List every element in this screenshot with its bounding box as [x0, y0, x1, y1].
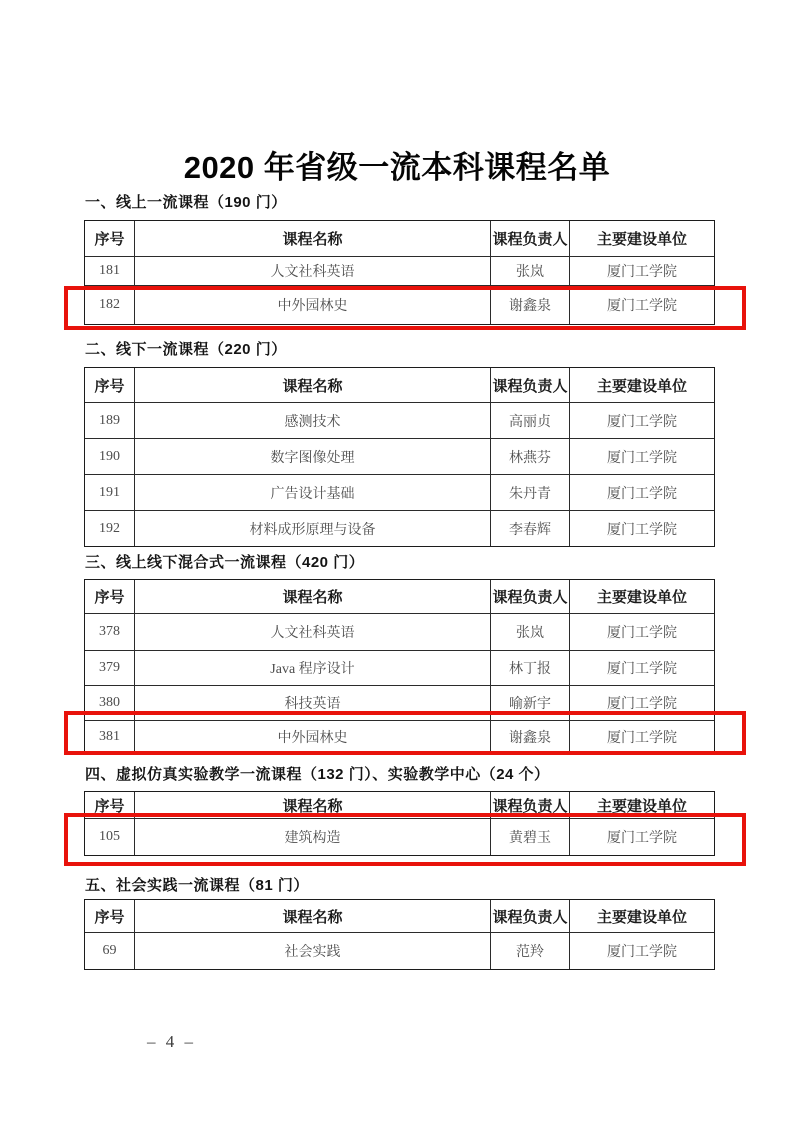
row-number-cell: 182 — [85, 286, 134, 324]
row-number-cell: 190 — [85, 439, 134, 474]
column-header: 课程名称 — [134, 792, 490, 818]
course-name-cell: 材料成形原理与设备 — [134, 511, 490, 546]
column-header: 课程负责人 — [490, 580, 569, 613]
course-leader-cell: 谢鑫泉 — [490, 286, 569, 324]
table-row: 69社会实践范羚厦门工学院 — [85, 932, 714, 969]
row-number-cell: 380 — [85, 686, 134, 720]
course-name-cell: 科技英语 — [134, 686, 490, 720]
course-leader-cell: 喻新宇 — [490, 686, 569, 720]
column-header: 课程负责人 — [490, 368, 569, 402]
course-table: 序号课程名称课程负责人主要建设单位189感测技术高丽贞厦门工学院190数字图像处… — [84, 367, 715, 547]
table-row: 190数字图像处理林燕芬厦门工学院 — [85, 438, 714, 474]
row-number-cell: 192 — [85, 511, 134, 546]
column-header: 课程名称 — [134, 900, 490, 932]
table-header-row: 序号课程名称课程负责人主要建设单位 — [85, 368, 714, 402]
table-row: 381中外园林史谢鑫泉厦门工学院 — [85, 720, 714, 753]
row-number-cell: 181 — [85, 257, 134, 285]
table-row: 189感测技术高丽贞厦门工学院 — [85, 402, 714, 438]
course-name-cell: Java 程序设计 — [134, 651, 490, 685]
course-leader-cell: 范羚 — [490, 933, 569, 969]
course-leader-cell: 黄碧玉 — [490, 819, 569, 855]
row-number-cell: 381 — [85, 721, 134, 753]
course-name-cell: 数字图像处理 — [134, 439, 490, 474]
section-heading: 二、线下一流课程（220 门） — [85, 338, 287, 359]
unit-cell: 厦门工学院 — [569, 614, 714, 650]
course-table: 序号课程名称课程负责人主要建设单位378人文社科英语张岚厦门工学院379Java… — [84, 579, 715, 754]
table-row: 378人文社科英语张岚厦门工学院 — [85, 613, 714, 650]
column-header: 主要建设单位 — [569, 900, 714, 932]
unit-cell: 厦门工学院 — [569, 257, 714, 285]
table-row: 192材料成形原理与设备李春辉厦门工学院 — [85, 510, 714, 546]
column-header: 主要建设单位 — [569, 221, 714, 256]
course-name-cell: 感测技术 — [134, 403, 490, 438]
column-header: 序号 — [85, 368, 134, 402]
row-number-cell: 191 — [85, 475, 134, 510]
column-header: 主要建设单位 — [569, 368, 714, 402]
table-row: 191广告设计基础朱丹青厦门工学院 — [85, 474, 714, 510]
course-leader-cell: 林燕芬 — [490, 439, 569, 474]
row-number-cell: 105 — [85, 819, 134, 855]
course-leader-cell: 朱丹青 — [490, 475, 569, 510]
table-header-row: 序号课程名称课程负责人主要建设单位 — [85, 900, 714, 932]
section-heading: 三、线上线下混合式一流课程（420 门） — [85, 551, 364, 572]
table-row: 379Java 程序设计林丁报厦门工学院 — [85, 650, 714, 685]
course-leader-cell: 张岚 — [490, 257, 569, 285]
column-header: 课程负责人 — [490, 792, 569, 818]
table-row: 105建筑构造黄碧玉厦门工学院 — [85, 818, 714, 855]
row-number-cell: 379 — [85, 651, 134, 685]
course-name-cell: 中外园林史 — [134, 286, 490, 324]
column-header: 课程负责人 — [490, 900, 569, 932]
course-name-cell: 中外园林史 — [134, 721, 490, 753]
column-header: 序号 — [85, 221, 134, 256]
course-leader-cell: 谢鑫泉 — [490, 721, 569, 753]
column-header: 课程负责人 — [490, 221, 569, 256]
row-number-cell: 69 — [85, 933, 134, 969]
course-name-cell: 人文社科英语 — [134, 257, 490, 285]
document-page: 2020 年省级一流本科课程名单 一、线上一流课程（190 门）序号课程名称课程… — [0, 0, 794, 1123]
table-header-row: 序号课程名称课程负责人主要建设单位 — [85, 580, 714, 613]
course-leader-cell: 高丽贞 — [490, 403, 569, 438]
course-table: 序号课程名称课程负责人主要建设单位181人文社科英语张岚厦门工学院182中外园林… — [84, 220, 715, 325]
table-header-row: 序号课程名称课程负责人主要建设单位 — [85, 792, 714, 818]
unit-cell: 厦门工学院 — [569, 475, 714, 510]
course-name-cell: 人文社科英语 — [134, 614, 490, 650]
unit-cell: 厦门工学院 — [569, 511, 714, 546]
course-table: 序号课程名称课程负责人主要建设单位69社会实践范羚厦门工学院 — [84, 899, 715, 970]
table-row: 182中外园林史谢鑫泉厦门工学院 — [85, 285, 714, 324]
unit-cell: 厦门工学院 — [569, 439, 714, 474]
course-name-cell: 建筑构造 — [134, 819, 490, 855]
column-header: 主要建设单位 — [569, 792, 714, 818]
course-table: 序号课程名称课程负责人主要建设单位105建筑构造黄碧玉厦门工学院 — [84, 791, 715, 856]
table-header-row: 序号课程名称课程负责人主要建设单位 — [85, 221, 714, 256]
table-row: 181人文社科英语张岚厦门工学院 — [85, 256, 714, 285]
page-title: 2020 年省级一流本科课程名单 — [0, 142, 794, 187]
unit-cell: 厦门工学院 — [569, 403, 714, 438]
course-leader-cell: 张岚 — [490, 614, 569, 650]
section-heading: 一、线上一流课程（190 门） — [85, 191, 287, 212]
table-row: 380科技英语喻新宇厦门工学院 — [85, 685, 714, 720]
column-header: 主要建设单位 — [569, 580, 714, 613]
course-leader-cell: 李春辉 — [490, 511, 569, 546]
column-header: 课程名称 — [134, 580, 490, 613]
course-name-cell: 社会实践 — [134, 933, 490, 969]
section-heading: 四、虚拟仿真实验教学一流课程（132 门）、实验教学中心（24 个） — [85, 763, 550, 784]
row-number-cell: 189 — [85, 403, 134, 438]
section-heading: 五、社会实践一流课程（81 门） — [85, 874, 309, 895]
unit-cell: 厦门工学院 — [569, 686, 714, 720]
column-header: 课程名称 — [134, 368, 490, 402]
column-header: 序号 — [85, 900, 134, 932]
unit-cell: 厦门工学院 — [569, 286, 714, 324]
page-number: – 4 – — [147, 1032, 196, 1052]
unit-cell: 厦门工学院 — [569, 933, 714, 969]
course-name-cell: 广告设计基础 — [134, 475, 490, 510]
unit-cell: 厦门工学院 — [569, 651, 714, 685]
unit-cell: 厦门工学院 — [569, 721, 714, 753]
column-header: 课程名称 — [134, 221, 490, 256]
unit-cell: 厦门工学院 — [569, 819, 714, 855]
column-header: 序号 — [85, 792, 134, 818]
course-leader-cell: 林丁报 — [490, 651, 569, 685]
column-header: 序号 — [85, 580, 134, 613]
row-number-cell: 378 — [85, 614, 134, 650]
